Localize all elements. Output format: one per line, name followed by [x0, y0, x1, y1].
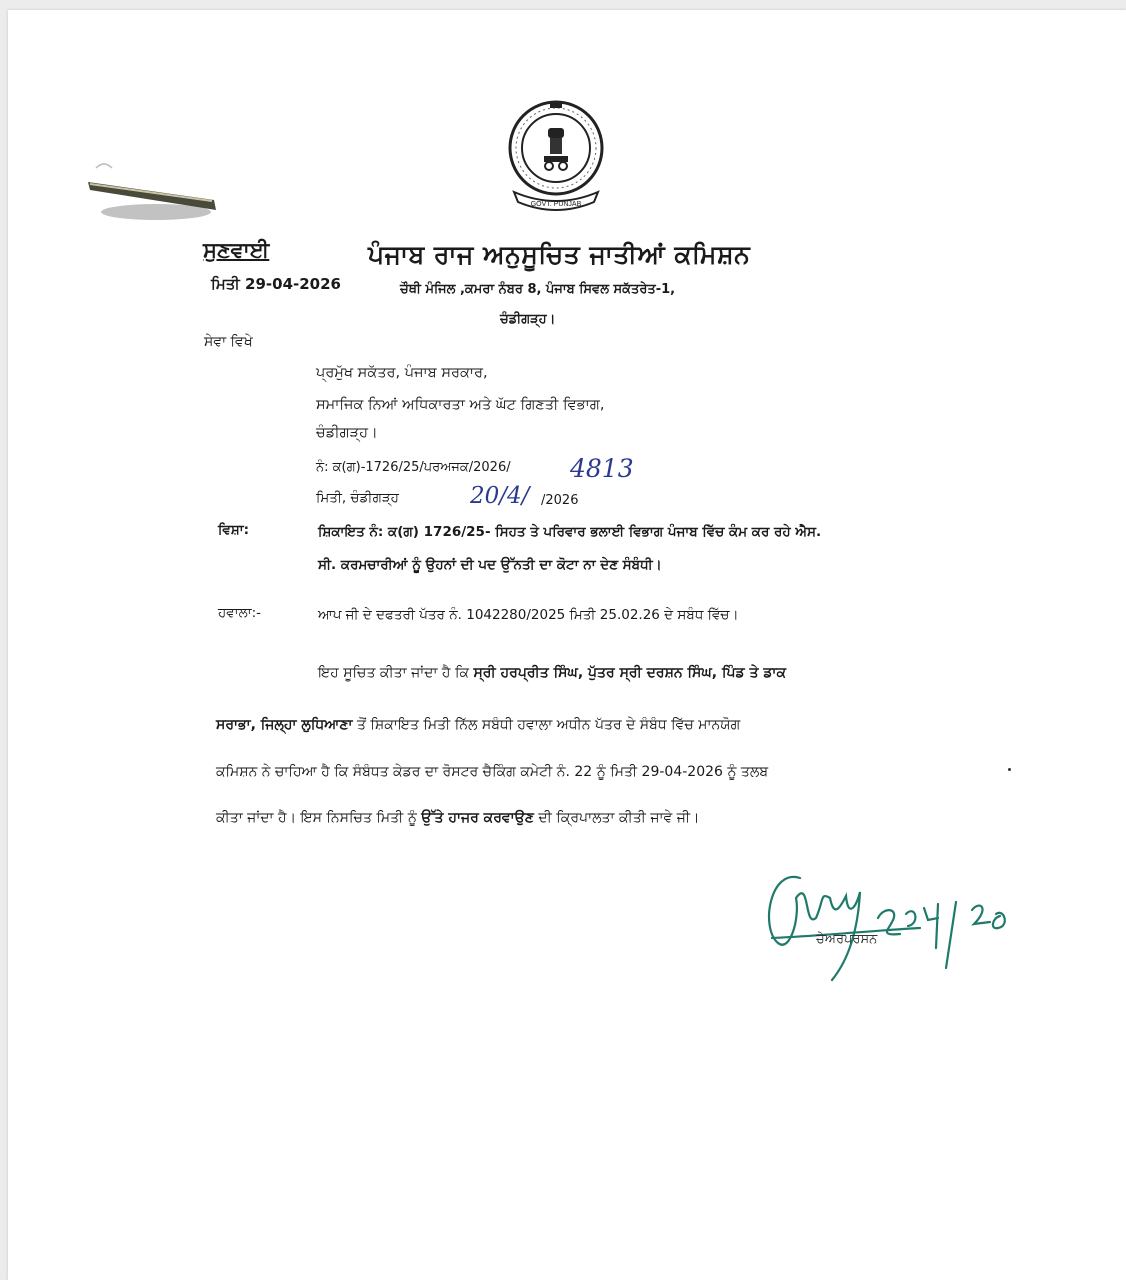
reference-number: ਨੰ: ਕ(ਗ)-1726/25/ਪਰਅਜਕ/2026/ — [316, 460, 511, 475]
body-text: ਦੀ ਕ੍ਰਿਪਾਲਤਾ ਕੀਤੀ ਜਾਵੇ ਜੀ। — [534, 810, 700, 826]
hearing-date: ਮਿਤੀ 29-04-2026 — [211, 275, 341, 293]
ink-speck — [1008, 768, 1011, 771]
signature-icon — [760, 848, 1020, 988]
reference-text: ਆਪ ਜੀ ਦੇ ਦਫਤਰੀ ਪੱਤਰ ਨੰ. 1042280/2025 ਮਿਤ… — [318, 607, 739, 623]
subject-line-1: ਸ਼ਿਕਾਇਤ ਨੰ: ਕ(ਗ) 1726/25- ਸਿਹਤ ਤੇ ਪਰਿਵਾਰ… — [318, 524, 821, 540]
subject-line-2: ਸੀ. ਕਰਮਚਾਰੀਆਂ ਨੂੰ ਉਹਨਾਂ ਦੀ ਪਦ ਉੱਨਤੀ ਦਾ ਕ… — [318, 557, 662, 573]
recipient-line: ਪ੍ਰਮੁੱਖ ਸਕੱਤਰ, ਪੰਜਾਬ ਸਰਕਾਰ, — [316, 365, 488, 381]
designation-chairperson: ਚੇਅਰਪਰਸਨ — [816, 932, 877, 947]
org-title: ਪੰਜਾਬ ਰਾਜ ਅਨੁਸੂਚਿਤ ਜਾਤੀਆਂ ਕਮਿਸ਼ਨ — [368, 240, 750, 270]
dispatch-date-year: /2026 — [541, 493, 578, 508]
body-line-1: ਇਹ ਸੂਚਿਤ ਕੀਤਾ ਜਾਂਦਾ ਹੈ ਕਿ ਸ੍ਰੀ ਹਰਪ੍ਰੀਤ ਸ… — [318, 665, 786, 681]
address-line-1: ਚੌਥੀ ਮੰਜਿਲ ,ਕਮਰਾ ਨੰਬਰ 8, ਪੰਜਾਬ ਸਿਵਲ ਸਕੱਤ… — [400, 282, 675, 297]
letter-page: GOVT. PUNJAB ਸੁਣਵਾਈ ਪੰਜਾਬ ਰਾਜ ਅਨੁਸੂਚਿਤ ਜ… — [8, 10, 1126, 1280]
complainant-village: ਸਰਾਭਾ, ਜਿਲ੍ਹਾ ਲੁਧਿਆਣਾ — [216, 717, 353, 733]
dispatch-date-prefix: ਮਿਤੀ, ਚੰਡੀਗੜ੍ਹ — [316, 490, 399, 506]
address-line-2: ਚੰਡੀਗੜ੍ਹ। — [500, 312, 555, 327]
body-text: ਤੋਂ ਸ਼ਿਕਾਇਤ ਮਿਤੀ ਨਿੱਲ ਸਬੰਧੀ ਹਵਾਲਾ ਅਧੀਨ ਪ… — [353, 717, 741, 733]
recipient-label: ਸੇਵਾ ਵਿਖੇ — [204, 334, 253, 350]
recipient-line: ਸਮਾਜਿਕ ਨਿਆਂ ਅਧਿਕਾਰਤਾ ਅਤੇ ਘੱਟ ਗਿਣਤੀ ਵਿਭਾਗ… — [316, 397, 604, 413]
handwritten-dispatch-date: 20/4/ — [470, 483, 529, 509]
reference-label: ਹਵਾਲਾ:- — [218, 605, 261, 621]
handwritten-dispatch-number: 4813 — [570, 454, 634, 483]
body-line-4: ਕੀਤਾ ਜਾਂਦਾ ਹੈ। ਇਸ ਨਿਸਚਿਤ ਮਿਤੀ ਨੂੰ ਉੱਤੇ ਹ… — [216, 810, 700, 826]
body-emphasis: ਉੱਤੇ ਹਾਜਰ ਕਰਵਾਉਣ — [421, 810, 534, 826]
body-text: ਕੀਤਾ ਜਾਂਦਾ ਹੈ। ਇਸ ਨਿਸਚਿਤ ਮਿਤੀ ਨੂੰ — [216, 810, 421, 826]
recipient-line: ਚੰਡੀਗੜ੍ਹ। — [316, 425, 378, 441]
svg-text:GOVT. PUNJAB: GOVT. PUNJAB — [531, 201, 582, 208]
body-line-2: ਸਰਾਭਾ, ਜਿਲ੍ਹਾ ਲੁਧਿਆਣਾ ਤੋਂ ਸ਼ਿਕਾਇਤ ਮਿਤੀ ਨ… — [216, 717, 740, 733]
body-line-3: ਕਮਿਸ਼ਨ ਨੇ ਚਾਹਿਆ ਹੈ ਕਿ ਸੰਬੰਧਤ ਕੇਡਰ ਦਾ ਰੋਸ… — [216, 764, 768, 780]
complainant-name: ਸ੍ਰੀ ਹਰਪ੍ਰੀਤ ਸਿੰਘ, ਪੁੱਤਰ ਸ੍ਰੀ ਦਰਸ਼ਨ ਸਿੰਘ… — [473, 665, 786, 681]
subject-label: ਵਿਸ਼ਾ: — [218, 522, 249, 538]
staple-pin-icon — [86, 160, 226, 230]
govt-punjab-emblem-icon: GOVT. PUNJAB — [506, 98, 606, 214]
hearing-label: ਸੁਣਵਾਈ — [203, 238, 269, 263]
body-text: ਇਹ ਸੂਚਿਤ ਕੀਤਾ ਜਾਂਦਾ ਹੈ ਕਿ — [318, 665, 473, 681]
